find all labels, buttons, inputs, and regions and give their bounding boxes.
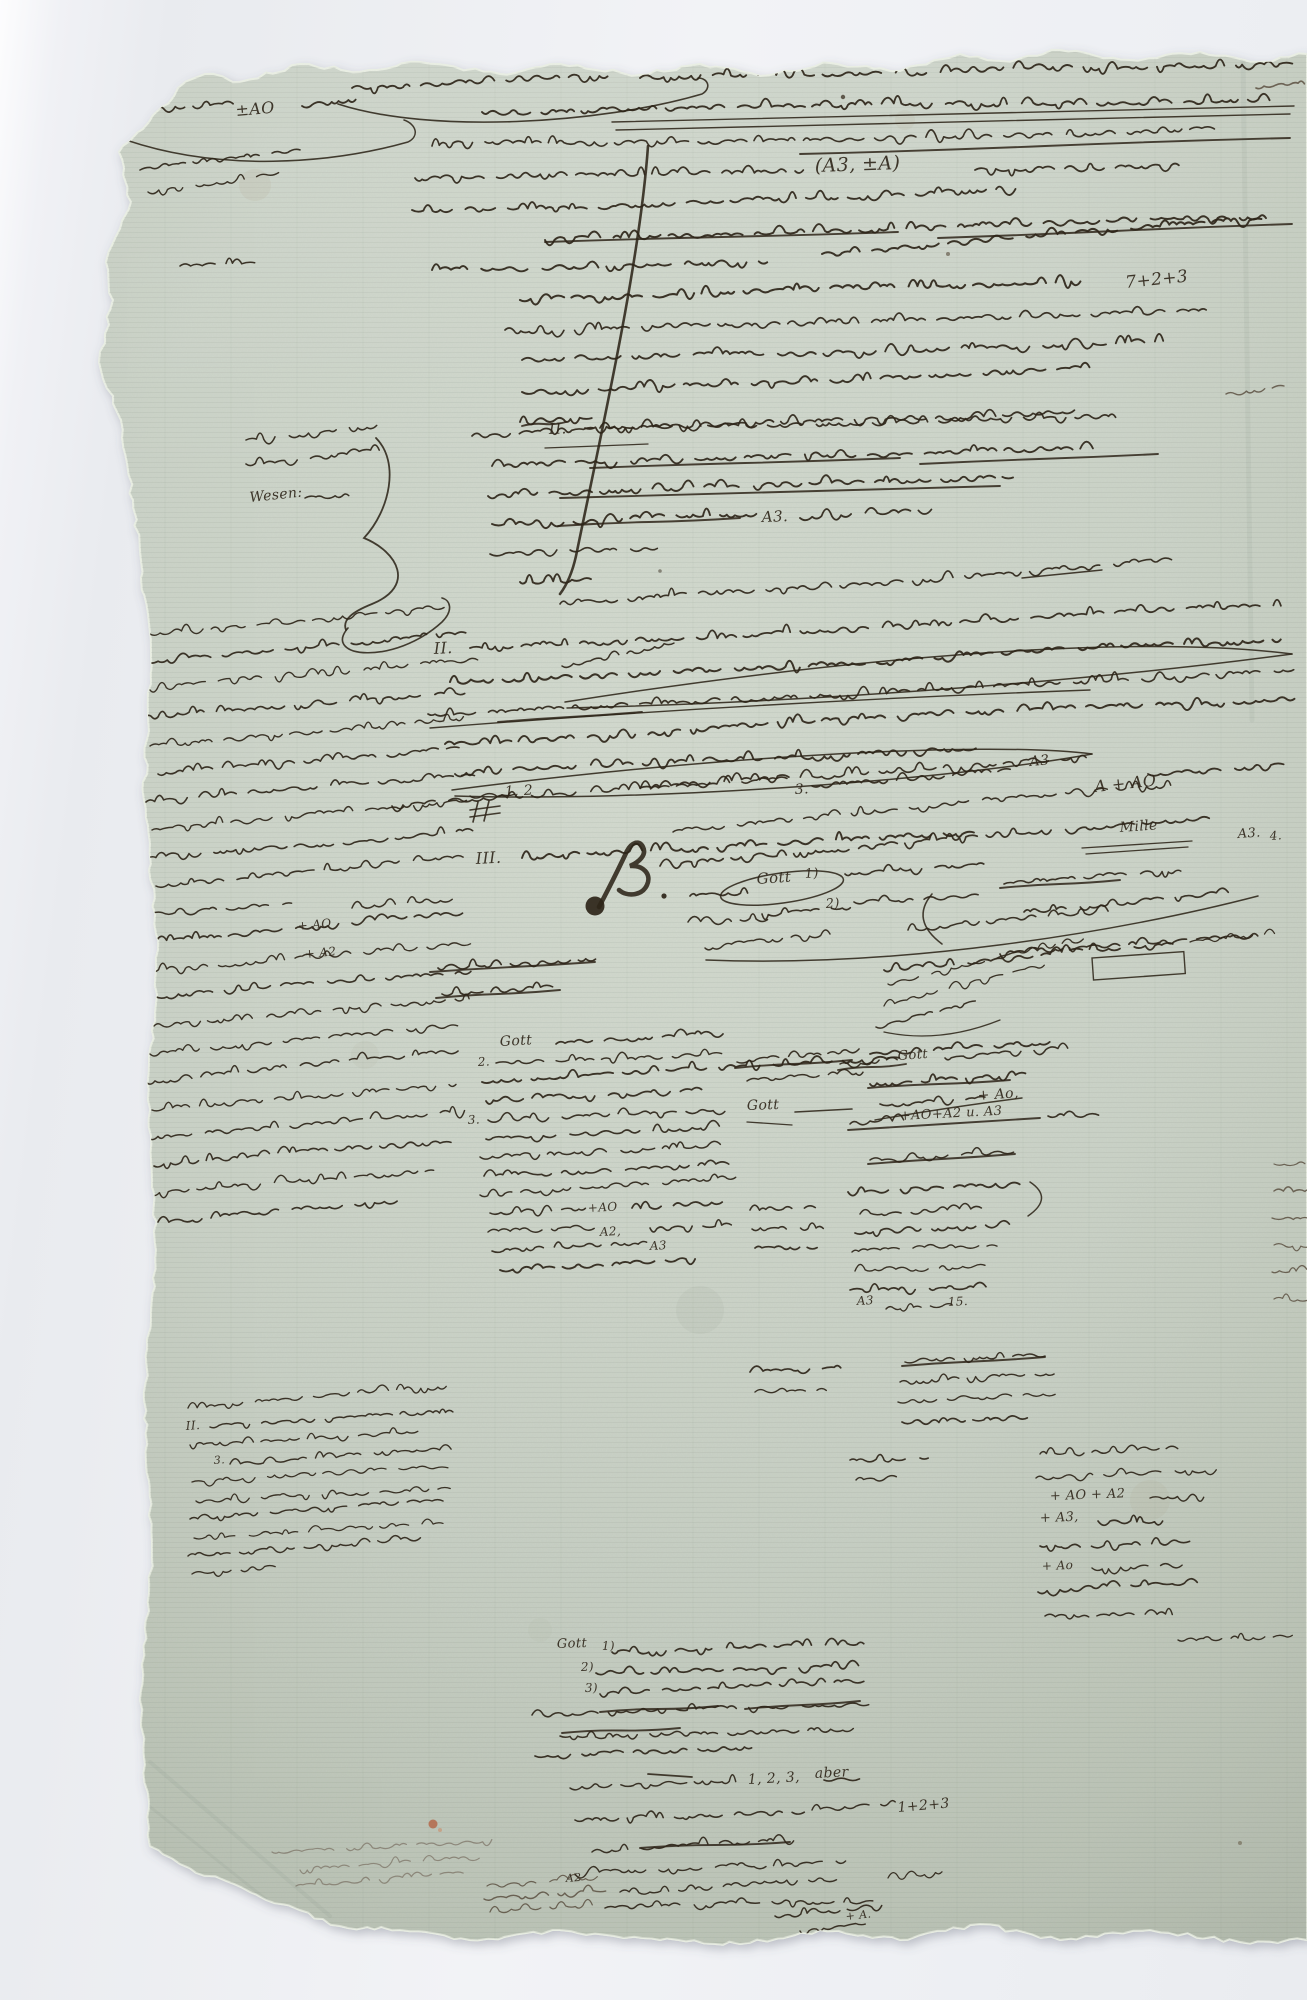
- legible-word: aber: [814, 1764, 850, 1782]
- legible-word: A3: [855, 1293, 874, 1308]
- legible-word: Mille: [1118, 817, 1158, 836]
- legible-word: (A3, ±A): [814, 152, 900, 177]
- legible-word: Gott: [756, 868, 792, 888]
- paper-stain: [895, 110, 915, 130]
- legible-word: A3: [648, 1238, 667, 1253]
- legible-word: A2: [564, 1871, 582, 1885]
- paper-stain: [676, 1286, 724, 1334]
- paper-stain: [946, 252, 950, 256]
- legible-word: 3.: [794, 781, 809, 798]
- legible-word: Gott: [747, 1097, 780, 1114]
- paper-stain: [1238, 1841, 1242, 1845]
- legible-word: A2,: [598, 1224, 621, 1239]
- paper-surface: ±AO(A3, ±A)7+2+3II.Wesen:A3.II.A31, 23.I…: [0, 0, 1307, 2000]
- legible-word: Gott: [557, 1636, 588, 1652]
- paper-stain: [841, 95, 845, 99]
- legible-word: 4.: [1268, 828, 1282, 843]
- legible-word: 15.: [947, 1294, 968, 1309]
- legible-word: A3.: [1236, 825, 1261, 842]
- legible-word: 1, 2: [504, 783, 533, 800]
- legible-word: 3.: [213, 1453, 225, 1467]
- legible-word: 2.: [476, 1054, 490, 1069]
- paper-stain: [438, 1828, 442, 1832]
- legible-word: + Ao: [1042, 1558, 1074, 1573]
- legible-word: +AO: [587, 1199, 617, 1215]
- legible-word: II.: [432, 638, 453, 658]
- manuscript-scan: ±AO(A3, ±A)7+2+3II.Wesen:A3.II.A31, 23.I…: [0, 0, 1307, 2000]
- legible-word: ±AO: [235, 98, 276, 120]
- legible-word: Gott: [499, 1032, 532, 1050]
- legible-word: A3.: [760, 507, 789, 526]
- legible-word: 3.: [467, 1112, 480, 1127]
- legible-word: + AO + A2: [1050, 1486, 1126, 1504]
- paper-stain: [239, 169, 271, 201]
- legible-word: + Ao,: [977, 1085, 1019, 1104]
- paper-stain: [528, 1618, 552, 1642]
- ink-blot: [661, 893, 666, 898]
- legible-word: Gott: [897, 1047, 929, 1064]
- legible-word: 1, 2, 3,: [747, 1769, 800, 1788]
- legible-word: II.: [548, 419, 567, 438]
- legible-word: + A2: [304, 944, 337, 961]
- legible-word: A3: [1027, 752, 1050, 770]
- legible-word: 2): [580, 1660, 595, 1674]
- paper-stain: [1130, 1480, 1170, 1520]
- legible-word: 2): [824, 896, 840, 912]
- scan-svg: ±AO(A3, ±A)7+2+3II.Wesen:A3.II.A31, 23.I…: [0, 0, 1307, 2000]
- legible-word: + AO: [297, 916, 332, 933]
- paper-stain: [658, 569, 662, 573]
- legible-word: II.: [184, 1418, 200, 1433]
- legible-word: + A.: [845, 1907, 872, 1923]
- legible-word: + A3,: [1040, 1510, 1079, 1526]
- legible-word: III.: [474, 848, 502, 868]
- legible-word: 1): [602, 1639, 616, 1653]
- paper-stain: [429, 1820, 438, 1829]
- legible-word: 3): [585, 1681, 599, 1695]
- legible-word: 1): [804, 866, 819, 882]
